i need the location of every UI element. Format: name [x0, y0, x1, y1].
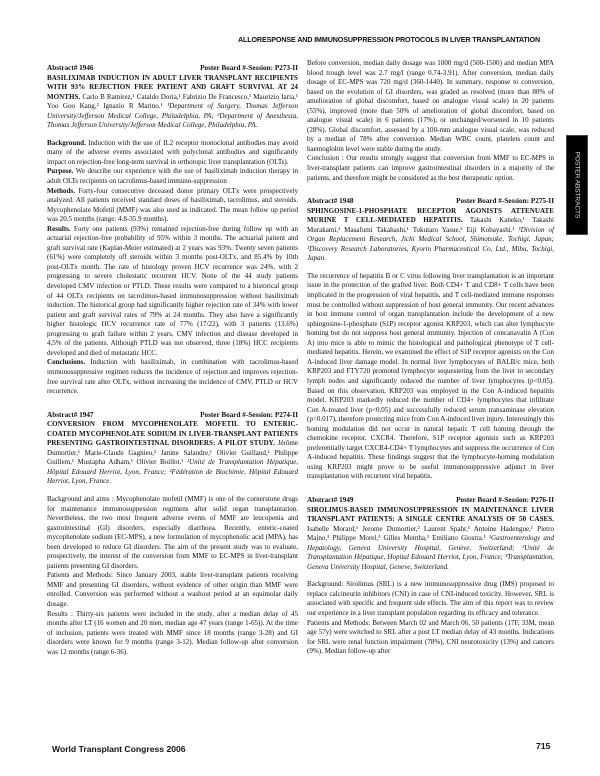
abstract-header: Abstract# 1948 Poster Board #-Session: P… — [307, 197, 554, 207]
section-title: ALLORESPONSE AND IMMUNOSUPPRESSION PROTO… — [238, 35, 540, 44]
abstract-header: Abstract# 1947 Poster Board #-Session: P… — [47, 411, 298, 421]
poster-board: Poster Board #-Session: P275-II — [456, 197, 554, 207]
abstract-number: Abstract# 1947 — [47, 411, 94, 421]
running-header: ALLORESPONSE AND IMMUNOSUPPRESSION PROTO… — [0, 35, 600, 47]
abstract-header: Abstract# 1949 Poster Board #-Session: P… — [307, 496, 554, 506]
abstract-1948: Abstract# 1948 Poster Board #-Session: P… — [307, 197, 554, 482]
left-column: Abstract# 1946 Poster Board #-Session: P… — [47, 64, 298, 667]
paragraph-results-continued: Before conversion, median daily dosage w… — [307, 59, 554, 154]
right-column: Before conversion, median daily dosage w… — [307, 59, 554, 667]
section-background: Background. Induction with the use of IL… — [47, 139, 298, 168]
abstract-number: Abstract# 1949 — [307, 496, 354, 506]
section-conclusions: Conclusions. Induction with basiliximab,… — [47, 358, 298, 396]
paragraph-background: Background and aims : Mycophenolate mofe… — [47, 495, 298, 571]
poster-board: Poster Board #-Session: P276-II — [456, 496, 554, 506]
abstract-header: Abstract# 1946 Poster Board #-Session: P… — [47, 64, 298, 74]
paragraph-body: The recurrence of hepatitis B or C virus… — [307, 272, 554, 482]
abstract-1949: Abstract# 1949 Poster Board #-Session: P… — [307, 496, 554, 657]
paragraph-background: Background: Sirolimus (SRL) is a new imm… — [307, 580, 554, 618]
abstract-title: SIROLIMUS-BASED IMMUNOSUPPRESSION IN MAI… — [307, 506, 554, 524]
abstract-number: Abstract# 1948 — [307, 197, 354, 207]
poster-board: Poster Board #-Session: P274-II — [200, 411, 298, 421]
page-number: 715 — [536, 741, 550, 751]
abstract-title: CONVERSION FROM MYCOPHENOLATE MOFETIL TO… — [47, 420, 298, 447]
abstract-1946: Abstract# 1946 Poster Board #-Session: P… — [47, 64, 298, 397]
abstract-1947-continued: Before conversion, median daily dosage w… — [307, 59, 554, 183]
section-results: Results. Forty one patients (93%) remain… — [47, 225, 298, 359]
side-tab-label: POSTER ABSTRACTS — [574, 152, 581, 219]
section-side-tab: POSTER ABSTRACTS — [566, 135, 588, 235]
abstract-number: Abstract# 1946 — [47, 64, 94, 74]
section-purpose: Purpose. We describe our experience with… — [47, 167, 298, 186]
footer-journal: World Transplant Congress 2006 — [52, 744, 186, 754]
abstract-1947: Abstract# 1947 Poster Board #-Session: P… — [47, 411, 298, 658]
paragraph-conclusion: Conclusion : Our results strongly sugges… — [307, 154, 554, 183]
paragraph-methods: Patients and Methods: Between March 02 a… — [307, 619, 554, 657]
section-methods: Methods. Forty-four consecutive deceased… — [47, 187, 298, 225]
poster-board: Poster Board #-Session: P273-II — [200, 64, 298, 74]
paragraph-results: Results : Thirty-six patients were inclu… — [47, 610, 298, 658]
paragraph-methods: Patients and Methods: Since January 2003… — [47, 571, 298, 609]
